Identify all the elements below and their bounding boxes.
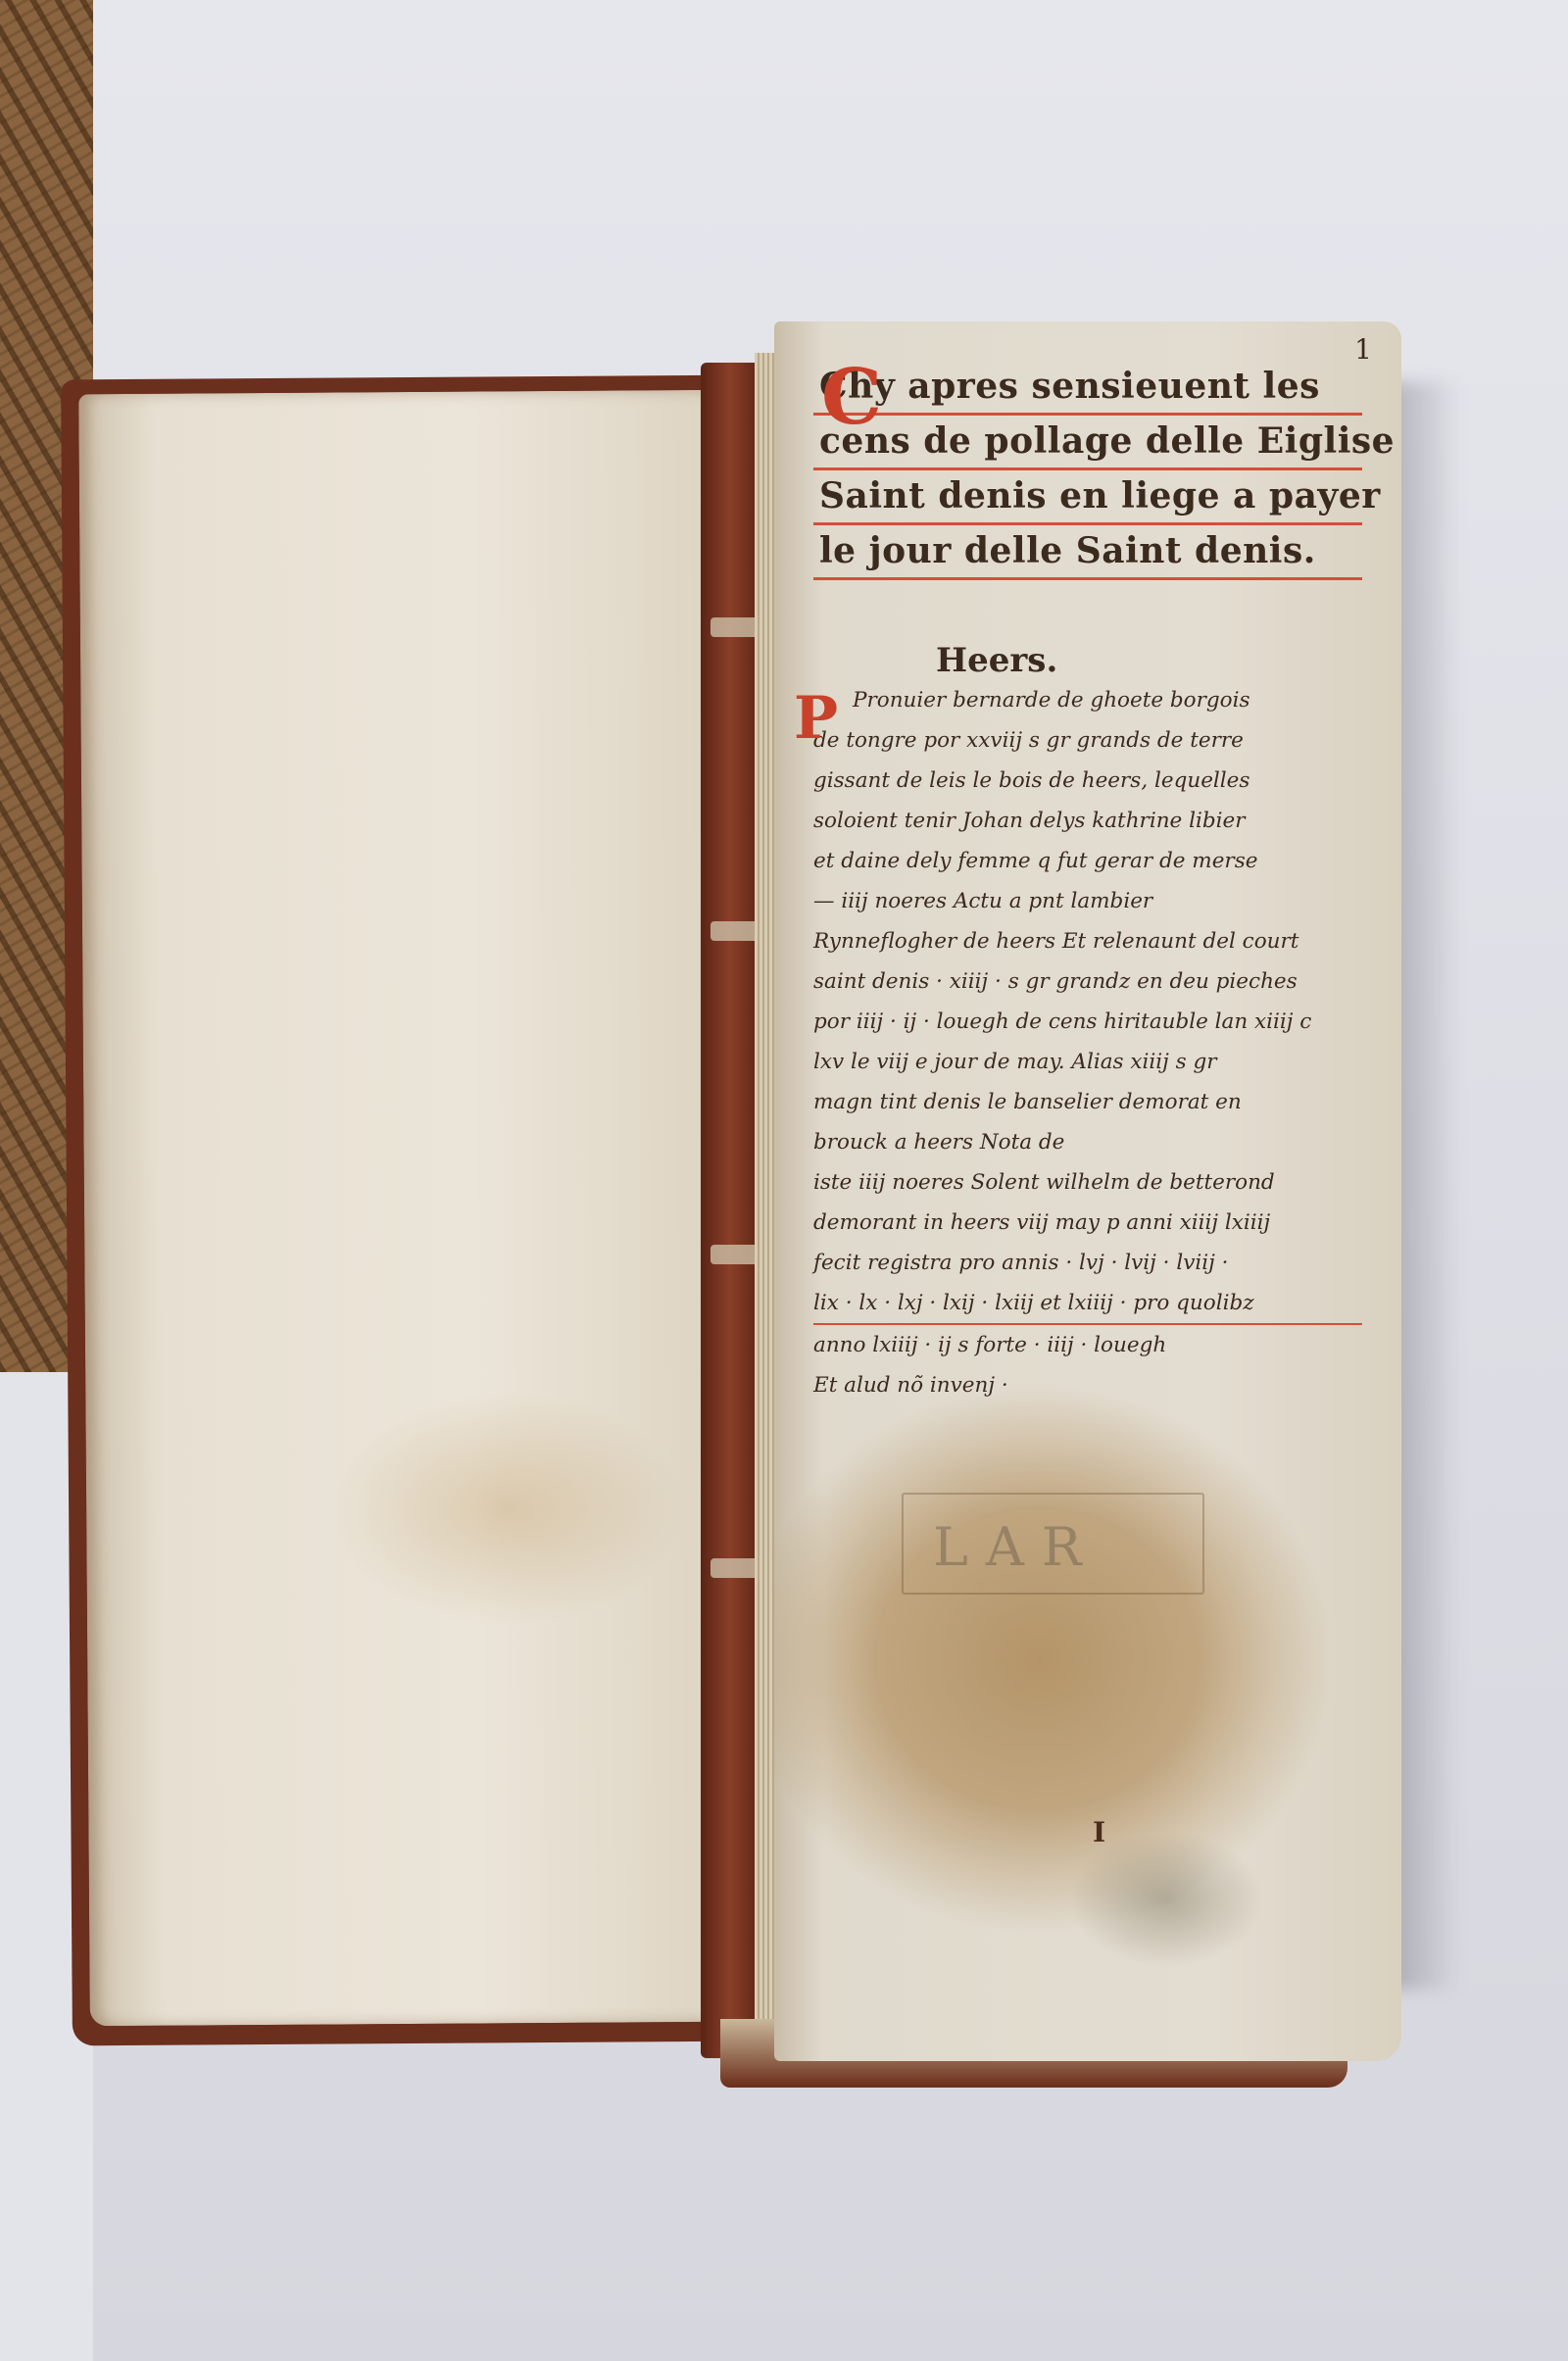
red-initial-c: C: [821, 353, 882, 442]
manuscript-text: C Chy apres sensieuent les cens de polla…: [813, 361, 1362, 1405]
body-line: Et alud nõ invenj ·: [813, 1365, 1362, 1405]
body-line: — iiij noeres Actu a pnt lambier: [813, 881, 1362, 921]
stain-dark-spot: [1068, 1831, 1264, 1968]
manuscript-folio: LAR 1 C Chy apres sensieuent les cens de…: [774, 321, 1401, 2061]
body-line: Rynneflogher de heers Et relenaunt del c…: [813, 921, 1362, 961]
body-line: et daine dely femme q fut gerar de merse: [813, 841, 1362, 881]
body-line: fecit registra pro annis · lvj · lvij · …: [813, 1243, 1362, 1283]
heading-line: Saint denis en liege a payer: [813, 470, 1362, 525]
body-line: de tongre por xxviij s gr grands de terr…: [813, 720, 1362, 761]
heading-line: cens de pollage delle Eiglise: [813, 416, 1362, 470]
heading-line: Chy apres sensieuent les: [813, 361, 1362, 416]
body-line: gissant de leis le bois de heers, lequel…: [813, 761, 1362, 801]
body-line: iste iiij noeres Solent wilhelm de bette…: [813, 1162, 1362, 1203]
body-line: lix · lx · lxj · lxij · lxiij et lxiiij …: [813, 1283, 1362, 1325]
removed-label-ghost: LAR: [902, 1493, 1204, 1595]
body-line: brouck a heers Nota de: [813, 1122, 1362, 1162]
red-initial-p: P: [794, 684, 838, 753]
heading-line: le jour delle Saint denis.: [813, 525, 1362, 580]
body-line: Pronuier bernarde de ghoete borgois: [813, 680, 1362, 720]
left-pastedown-page: [78, 390, 737, 2027]
folio-number: I: [1093, 1816, 1105, 1848]
body-line: anno lxiiij · ij s forte · iiij · louegh: [813, 1325, 1362, 1365]
body-line: magn tint denis le banselier demorat en: [813, 1082, 1362, 1122]
body-line: por iiij · ij · louegh de cens hiritaubl…: [813, 1002, 1362, 1042]
body-line: saint denis · xiiij · s gr grandz en deu…: [813, 961, 1362, 1002]
body-line: lxv le viij e jour de may. Alias xiiij s…: [813, 1042, 1362, 1082]
section-title: Heers.: [936, 641, 1362, 680]
body-line: demorant in heers viij may p anni xiiij …: [813, 1203, 1362, 1243]
body-line: soloient tenir Johan delys kathrine libi…: [813, 801, 1362, 841]
